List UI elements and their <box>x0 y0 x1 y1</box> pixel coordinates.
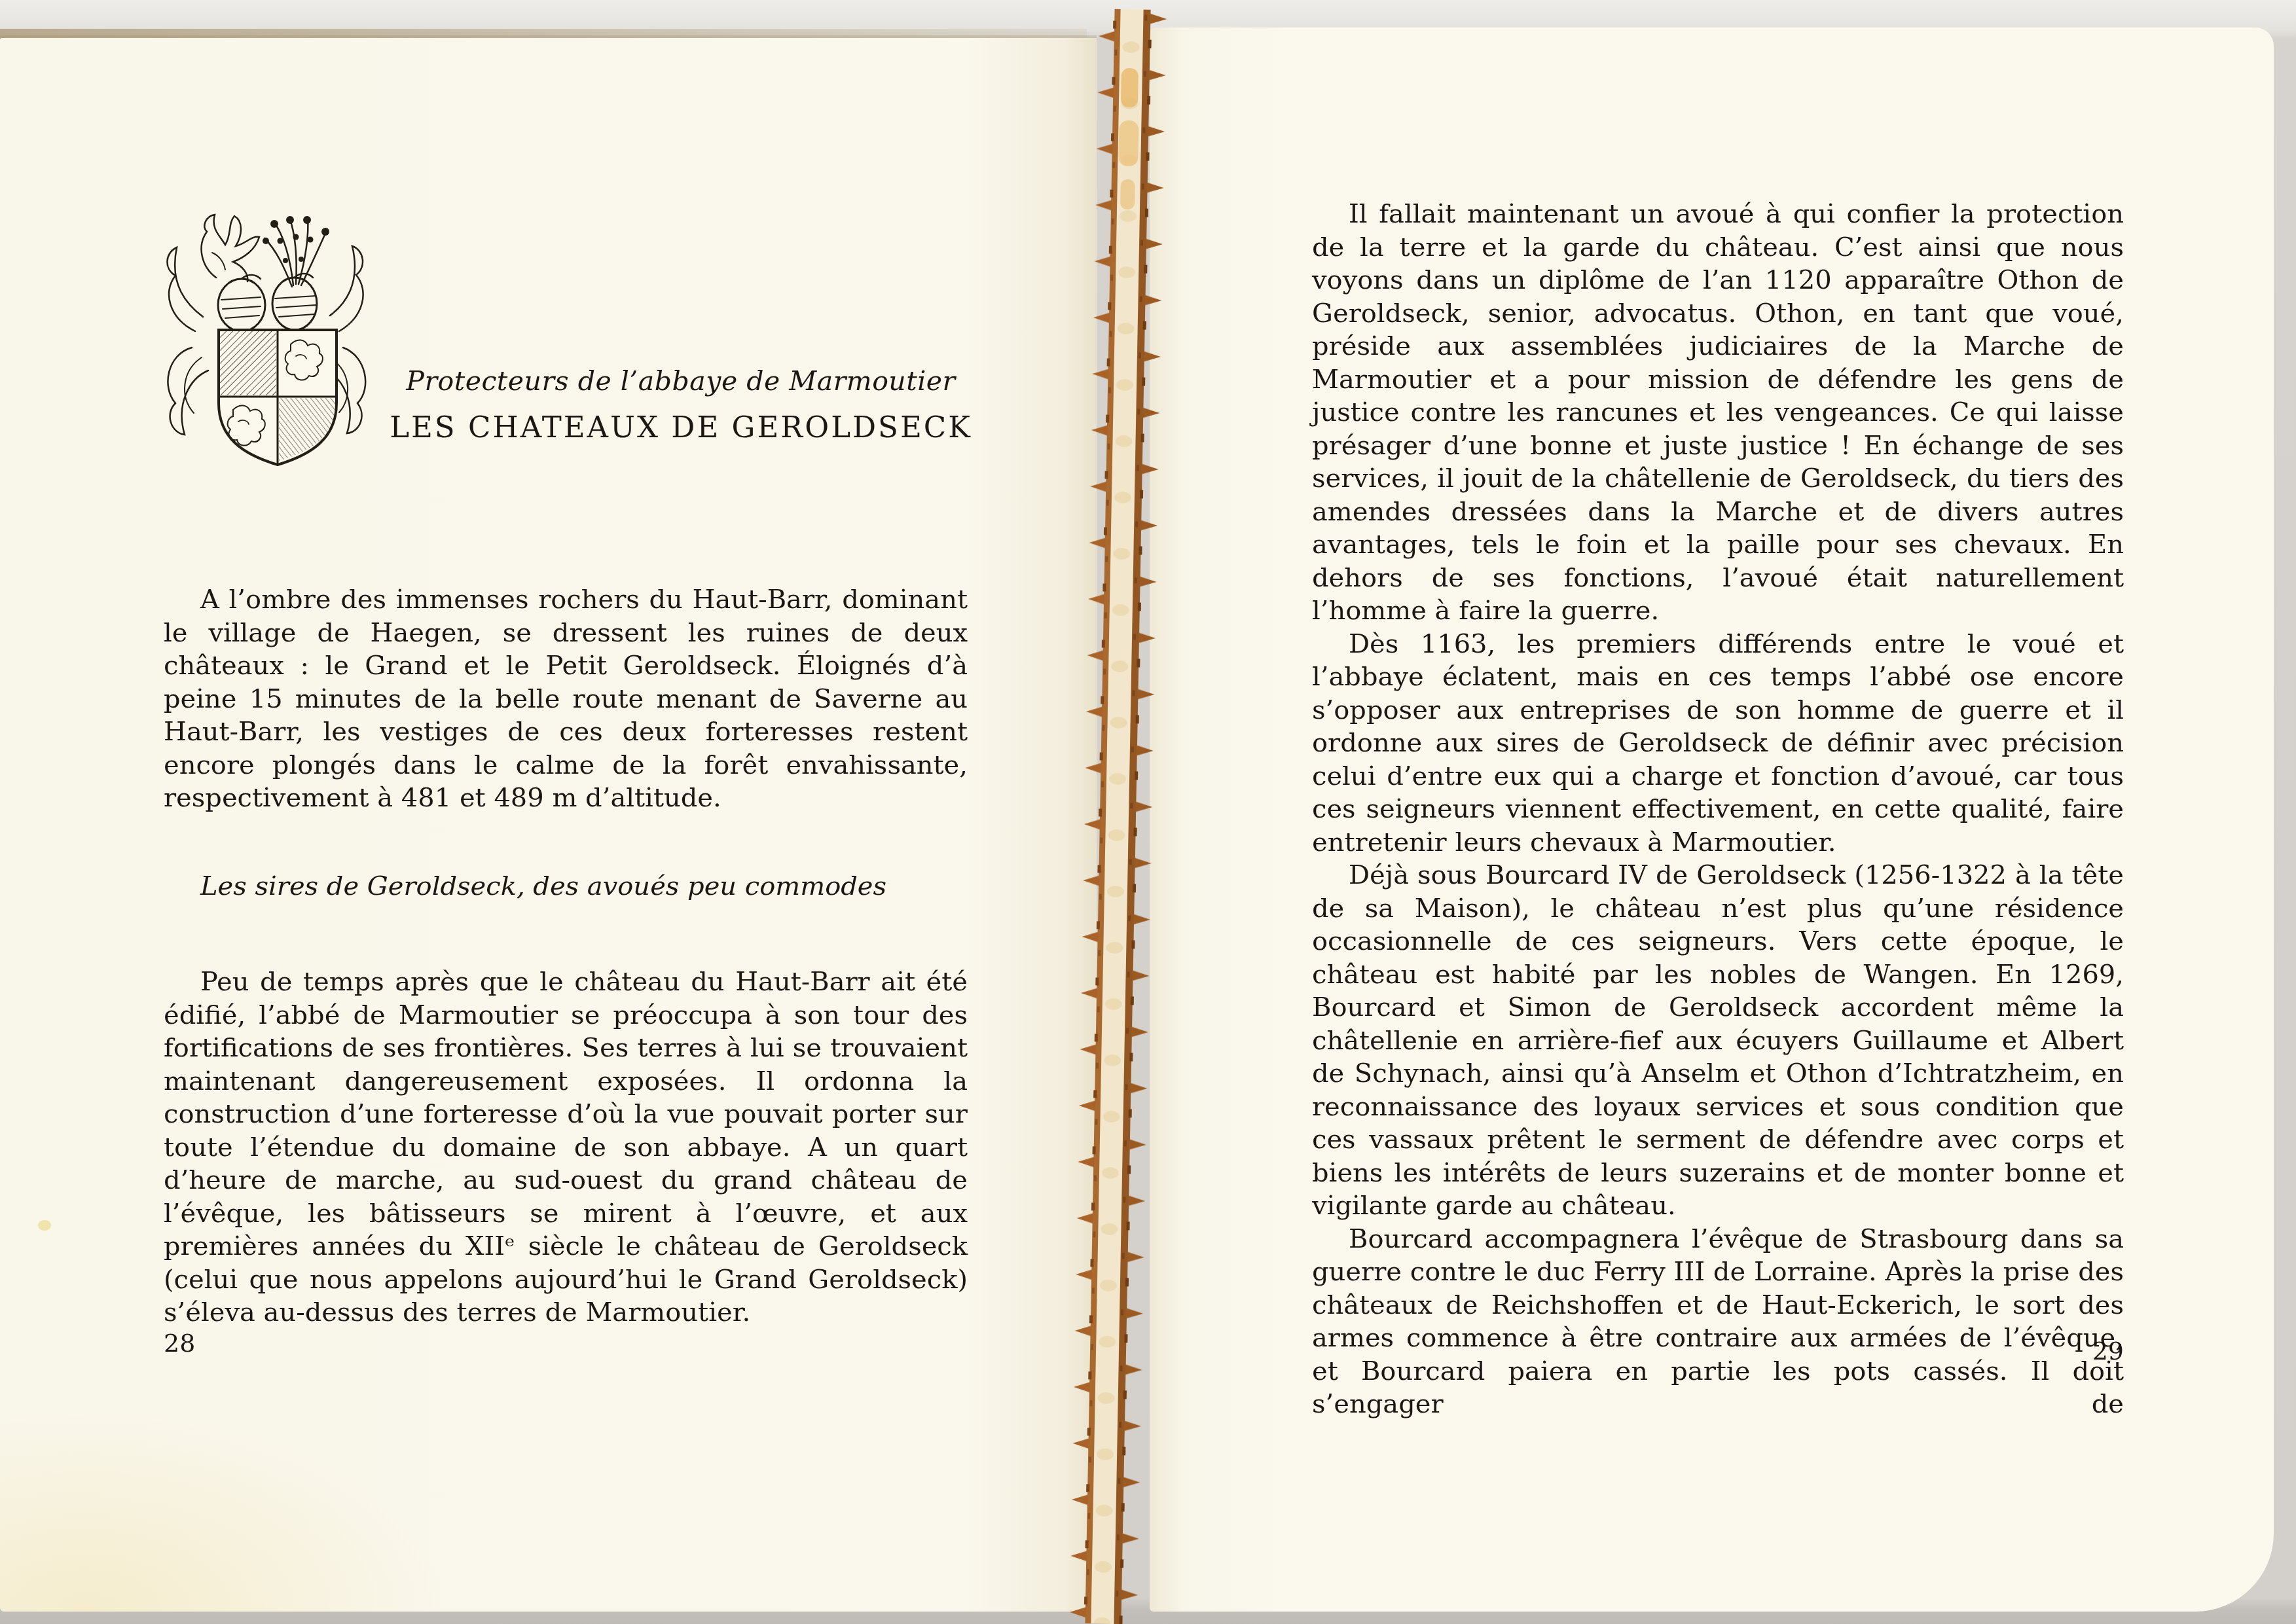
paragraph: Il fallait maintenant un avoué à qui con… <box>1312 198 2124 628</box>
page-number-right: 29 <box>1312 1337 2124 1365</box>
right-page: Il fallait maintenant un avoué à qui con… <box>1150 27 2274 1612</box>
section-heading: Les sires de Geroldseck, des avoués peu … <box>164 870 968 903</box>
left-page: Protecteurs de l’abbaye de Marmoutier LE… <box>0 38 1097 1612</box>
series-kicker: Protecteurs de l’abbaye de Marmoutier <box>295 365 1067 397</box>
paragraph: Dès 1163, les premiers différends entre … <box>1312 628 2124 859</box>
paragraph: Bourcard accompagnera l’évêque de Strasb… <box>1312 1223 2124 1421</box>
chapter-title: LES CHATEAUX DE GEROLDSECK <box>295 410 1067 444</box>
page-number-left: 28 <box>164 1329 195 1358</box>
paper-stain <box>38 1220 51 1231</box>
paragraph: Peu de temps après que le château du Hau… <box>164 965 968 1329</box>
book-scan: Protecteurs de l’abbaye de Marmoutier LE… <box>0 0 2296 1624</box>
paragraph: A l’ombre des immenses rochers du Haut-B… <box>164 583 968 815</box>
right-page-text-column: Il fallait maintenant un avoué à qui con… <box>1312 198 2124 1421</box>
left-page-text-column: A l’ombre des immenses rochers du Haut-B… <box>164 583 968 1329</box>
paragraph: Déjà sous Bourcard IV de Geroldseck (125… <box>1312 859 2124 1223</box>
